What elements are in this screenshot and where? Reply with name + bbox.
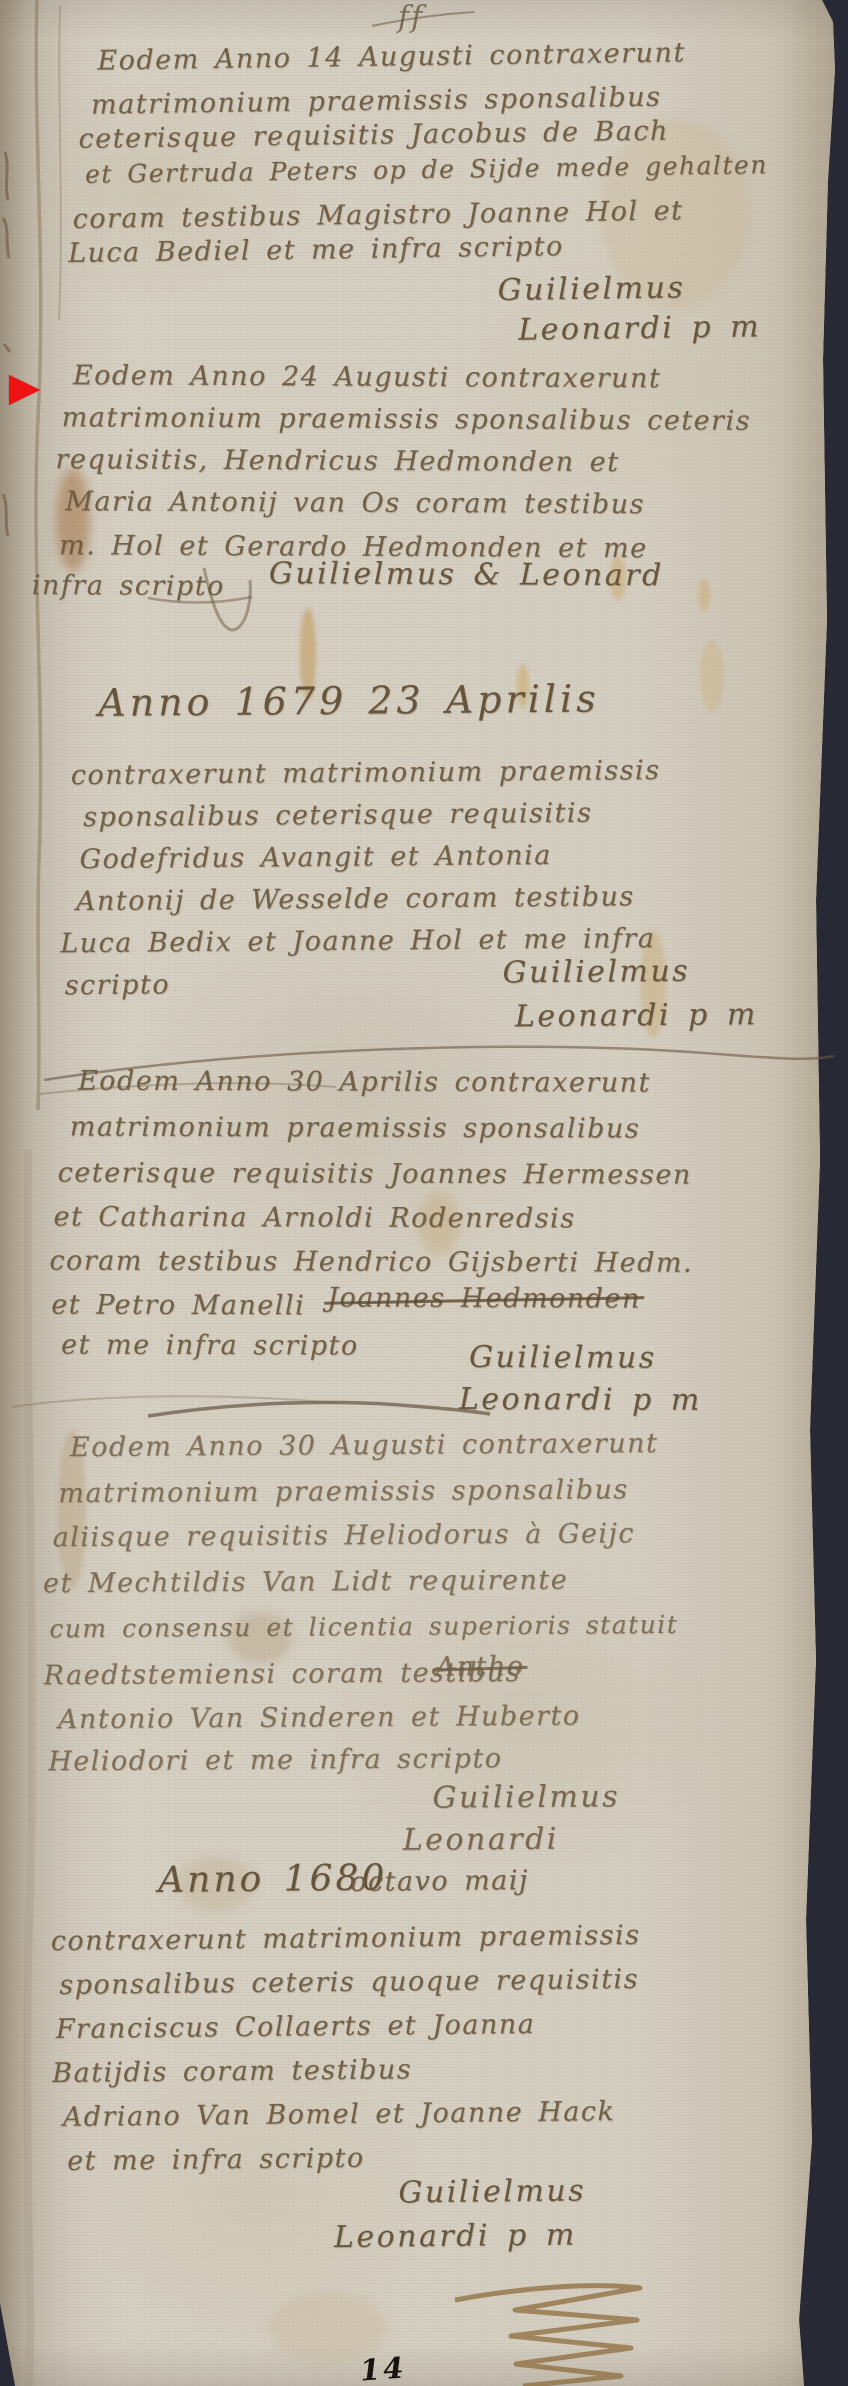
signature-line: Guilielmus	[432, 1782, 620, 1813]
signature-line: Guilielmus	[469, 1343, 657, 1374]
signature-line: Leonardi	[403, 1825, 559, 1856]
handwritten-line: aliisque requisitis Heliodorus à Geijc	[53, 1520, 636, 1551]
handwritten-line: Luca Bediel et me infra scripto	[68, 233, 564, 267]
handwritten-line: Eodem Anno 14 Augusti contraxerunt	[97, 39, 686, 74]
signature-line: Leonardi p m	[459, 1385, 702, 1416]
handwritten-line: matrimonium praemissis sponsalibus	[91, 84, 662, 119]
handwritten-line: Eodem Anno 30 Aprilis contraxerunt	[78, 1068, 651, 1097]
handwritten-line: contraxerunt matrimonium praemissis	[71, 757, 661, 789]
handwritten-line: contraxerunt matrimonium praemissis	[51, 1922, 641, 1955]
handwritten-line: Godefridus Avangit et Antonia	[79, 842, 551, 873]
struck-through-text: Joannes Hedmonden	[327, 1282, 641, 1314]
handwritten-line: ceterisque requisitis Jacobus de Bach	[78, 118, 669, 153]
handwritten-line: et Petro Manelli	[51, 1291, 305, 1319]
handwritten-line: cum consensu et licentia superioris stat…	[49, 1612, 678, 1641]
signature-line: Guilielmus	[502, 957, 690, 989]
record-marker-arrow[interactable]	[9, 375, 40, 405]
handwritten-line: et Catharina Arnoldi Rodenredsis	[53, 1203, 575, 1232]
handwritten-line: infra scripto	[32, 572, 225, 600]
marriage-record: Eodem Anno 30 Augusti contraxerunt matri…	[42, 1434, 131, 1462]
handwritten-line: sponsalibus ceteris quoque requisitis	[59, 1966, 639, 1999]
handwritten-line: Franciscus Collaerts et Joanna	[56, 2011, 536, 2043]
handwritten-line: matrimonium praemissis sponsalibus ceter…	[62, 404, 751, 435]
record-heading-day: octavo maij	[350, 1867, 529, 1896]
handwritten-line: et me infra scripto	[67, 2145, 365, 2175]
signature-line: Guilielmus	[398, 2176, 586, 2208]
handwritten-line: et me infra scripto	[61, 1332, 359, 1360]
signature-line: Leonardi p m	[515, 1000, 758, 1032]
folio-mark: ff	[398, 0, 424, 35]
handwritten-line: Luca Bedix et Joanne Hol et me infra	[60, 925, 655, 957]
handwritten-line: coram testibus Magistro Joanne Hol et	[72, 197, 683, 233]
signature-line: Leonardi p m	[334, 2221, 577, 2254]
signature-line: Guilielmus	[497, 273, 685, 306]
handwritten-line: coram testibus Hendrico Gijsberti Hedm.	[49, 1247, 693, 1276]
handwritten-line: matrimonium praemissis sponsalibus	[58, 1476, 629, 1507]
handwritten-line: Batijdis coram testibus	[52, 2056, 412, 2087]
page-number-mark: 14	[359, 2350, 408, 2386]
archive-scan-viewport: ff 14 Eodem Anno 14 Augusti contraxerunt…	[0, 0, 848, 2386]
handwritten-line: et Mechtildis Van Lidt requirente	[43, 1567, 568, 1598]
struck-through-text: Antho	[435, 1651, 524, 1683]
handwritten-line: Antonij de Wesselde coram testibus	[76, 883, 635, 915]
handwritten-line: ceterisque requisitis Joannes Hermessen	[58, 1159, 692, 1188]
record-heading-date: Anno 1679 23 Aprilis	[98, 680, 600, 722]
handwritten-line: scripto	[65, 971, 171, 999]
handwritten-line: matrimonium praemissis sponsalibus	[70, 1114, 640, 1143]
handwritten-line: requisitis, Hendricus Hedmonden et	[55, 446, 619, 476]
handwritten-line: Eodem Anno 30 Augusti contraxerunt	[70, 1430, 658, 1461]
marriage-record: Eodem Anno 30 Aprilis contraxerunt matri…	[48, 1067, 362, 1095]
handwritten-line: sponsalibus ceterisque requisitis	[83, 800, 592, 831]
handwritten-line: Eodem Anno 24 Augusti contraxerunt	[73, 362, 661, 392]
signature-line: Guilielmus & Leonard	[269, 559, 664, 591]
signature-line: Leonardi p m	[518, 312, 761, 345]
handwritten-line: Adriano Van Bomel et Joanne Hack	[63, 2098, 616, 2131]
handwritten-line: Heliodori et me infra scripto	[48, 1745, 502, 1775]
handwritten-line: Antonio Van Sinderen et Huberto	[58, 1703, 581, 1734]
handwritten-line: Maria Antonij van Os coram testibus	[65, 488, 645, 518]
